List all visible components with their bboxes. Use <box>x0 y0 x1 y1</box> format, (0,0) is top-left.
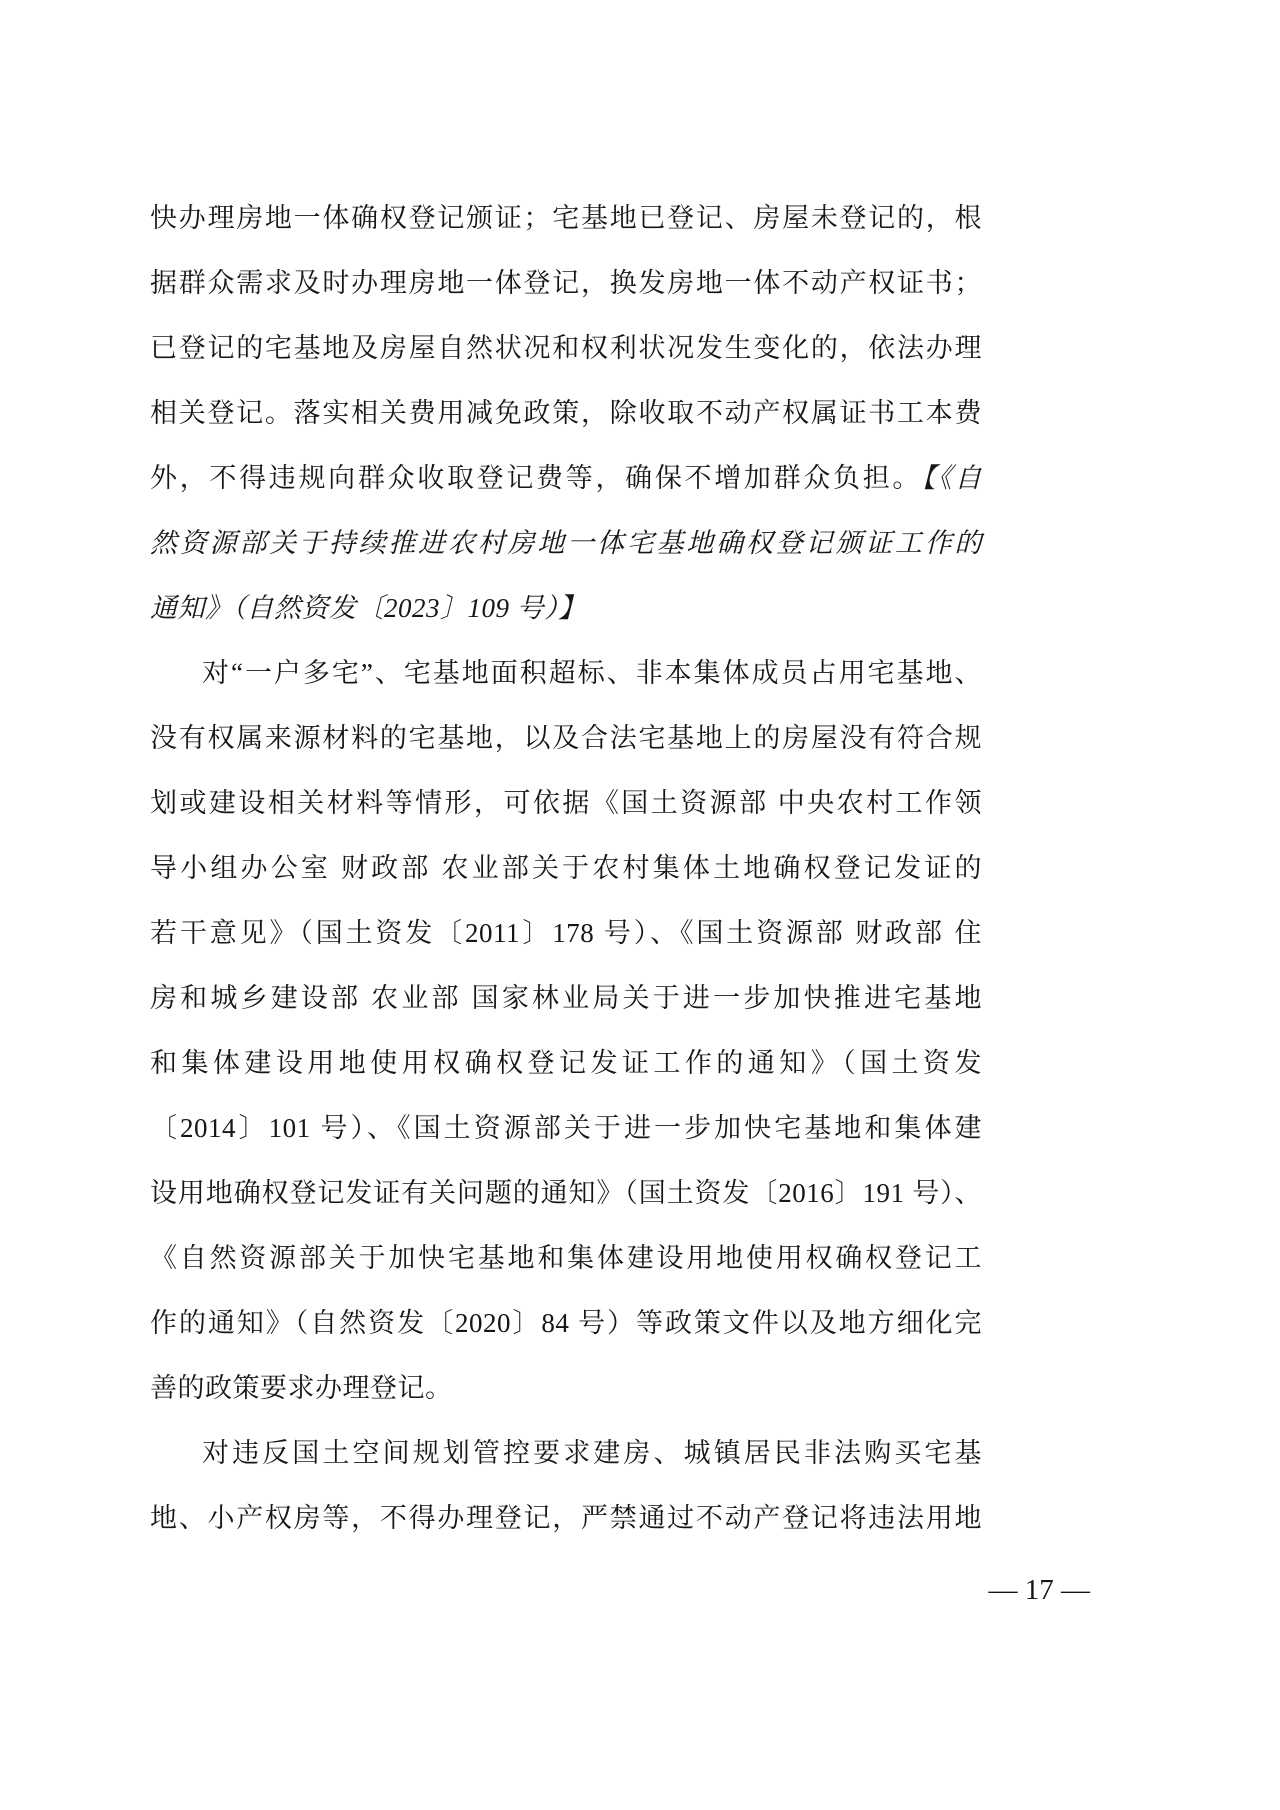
text-line: 作的通知》（自然资发〔2020〕84 号）等政策文件以及地方细化完 <box>150 1291 982 1356</box>
body-text: 作的通知》（自然资发〔2020〕84 号）等政策文件以及地方细化完 <box>150 1308 982 1338</box>
citation-text: 通知》（自然资发〔2023〕109 号）】 <box>150 593 586 623</box>
text-line: 善的政策要求办理登记。 <box>150 1356 982 1421</box>
body-text: 快办理房地一体确权登记颁证；宅基地已登记、房屋未登记的，根 <box>150 203 982 233</box>
page-number: — 17 — <box>989 1574 1091 1606</box>
body-text: 和集体建设用地使用权确权登记发证工作的通知》（国土资发 <box>150 1048 982 1078</box>
body-text: 对违反国土空间规划管控要求建房、城镇居民非法购买宅基 <box>202 1438 982 1468</box>
page-footer: — 17 — <box>0 1570 1090 1610</box>
text-line: 快办理房地一体确权登记颁证；宅基地已登记、房屋未登记的，根 <box>150 186 982 251</box>
text-line: 相关登记。落实相关费用减免政策，除收取不动产权属证书工本费 <box>150 381 982 446</box>
text-line: 对“一户多宅”、宅基地面积超标、非本集体成员占用宅基地、 <box>150 641 982 706</box>
text-line: 房和城乡建设部 农业部 国家林业局关于进一步加快推进宅基地 <box>150 966 982 1031</box>
text-line: 对违反国土空间规划管控要求建房、城镇居民非法购买宅基 <box>150 1421 982 1486</box>
text-line: 划或建设相关材料等情形，可依据《国土资源部 中央农村工作领 <box>150 771 982 836</box>
body-text: 没有权属来源材料的宅基地，以及合法宅基地上的房屋没有符合规 <box>150 723 982 753</box>
text-line: 已登记的宅基地及房屋自然状况和权利状况发生变化的，依法办理 <box>150 316 982 381</box>
document-body: 快办理房地一体确权登记颁证；宅基地已登记、房屋未登记的，根据群众需求及时办理房地… <box>150 186 982 1551</box>
body-text: 若干意见》（国土资发〔2011〕178 号）、《国土资源部 财政部 住 <box>150 918 982 948</box>
document-page: 快办理房地一体确权登记颁证；宅基地已登记、房屋未登记的，根据群众需求及时办理房地… <box>0 0 1280 1810</box>
citation-text: 【《自 <box>922 463 982 493</box>
text-line: 《自然资源部关于加快宅基地和集体建设用地使用权确权登记工 <box>150 1226 982 1291</box>
body-text: 〔2014〕101 号）、《国土资源部关于进一步加快宅基地和集体建 <box>150 1113 982 1143</box>
body-text: 导小组办公室 财政部 农业部关于农村集体土地确权登记发证的 <box>150 853 982 883</box>
citation-text: 然资源部关于持续推进农村房地一体宅基地确权登记颁证工作的 <box>150 528 982 558</box>
text-line: 导小组办公室 财政部 农业部关于农村集体土地确权登记发证的 <box>150 836 982 901</box>
text-line: 设用地确权登记发证有关问题的通知》（国土资发〔2016〕191 号）、 <box>150 1161 982 1226</box>
text-line: 然资源部关于持续推进农村房地一体宅基地确权登记颁证工作的 <box>150 511 982 576</box>
text-line: 若干意见》（国土资发〔2011〕178 号）、《国土资源部 财政部 住 <box>150 901 982 966</box>
body-text: 相关登记。落实相关费用减免政策，除收取不动产权属证书工本费 <box>150 398 982 428</box>
text-line: 外，不得违规向群众收取登记费等，确保不增加群众负担。【《自 <box>150 446 982 511</box>
body-text: 对“一户多宅”、宅基地面积超标、非本集体成员占用宅基地、 <box>202 658 982 688</box>
body-text: 据群众需求及时办理房地一体登记，换发房地一体不动产权证书； <box>150 268 982 298</box>
body-text: 划或建设相关材料等情形，可依据《国土资源部 中央农村工作领 <box>150 788 982 818</box>
text-line: 和集体建设用地使用权确权登记发证工作的通知》（国土资发 <box>150 1031 982 1096</box>
body-text: 地、小产权房等，不得办理登记，严禁通过不动产登记将违法用地 <box>150 1503 982 1533</box>
text-line: 没有权属来源材料的宅基地，以及合法宅基地上的房屋没有符合规 <box>150 706 982 771</box>
text-line: 〔2014〕101 号）、《国土资源部关于进一步加快宅基地和集体建 <box>150 1096 982 1161</box>
text-line: 据群众需求及时办理房地一体登记，换发房地一体不动产权证书； <box>150 251 982 316</box>
body-text: 外，不得违规向群众收取登记费等，确保不增加群众负担。 <box>150 463 922 493</box>
text-line: 地、小产权房等，不得办理登记，严禁通过不动产登记将违法用地 <box>150 1486 982 1551</box>
body-text: 善的政策要求办理登记。 <box>150 1373 453 1403</box>
body-text: 已登记的宅基地及房屋自然状况和权利状况发生变化的，依法办理 <box>150 333 982 363</box>
body-text: 设用地确权登记发证有关问题的通知》（国土资发〔2016〕191 号）、 <box>150 1178 982 1208</box>
text-line: 通知》（自然资发〔2023〕109 号）】 <box>150 576 982 641</box>
body-text: 《自然资源部关于加快宅基地和集体建设用地使用权确权登记工 <box>150 1243 982 1273</box>
body-text: 房和城乡建设部 农业部 国家林业局关于进一步加快推进宅基地 <box>150 983 982 1013</box>
